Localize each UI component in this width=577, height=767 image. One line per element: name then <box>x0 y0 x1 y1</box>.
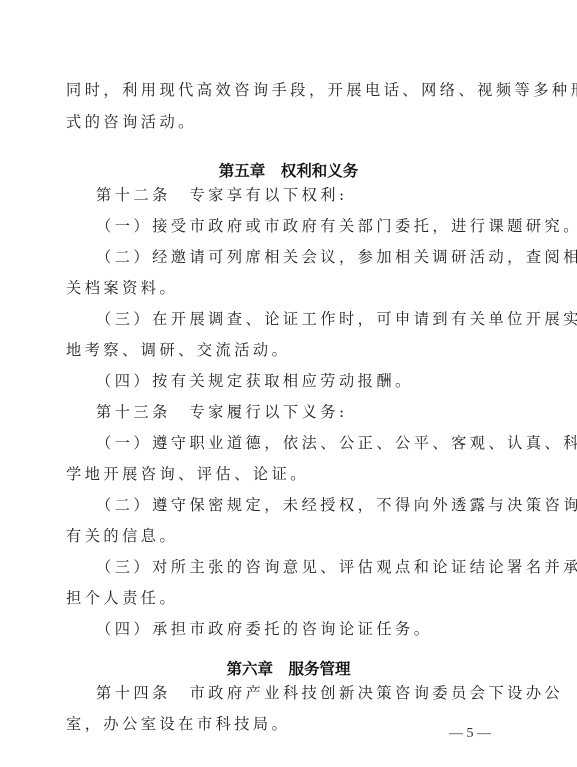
chapter-5-title: 第五章 权利和义务 <box>0 161 577 181</box>
article-13-item-1-cont: 学地开展咨询、评估、论证。 <box>66 464 508 484</box>
article-12-item-3-cont: 地考察、调研、交流活动。 <box>66 340 508 360</box>
article-12-item-2-cont: 关档案资料。 <box>66 278 508 298</box>
article-13-heading: 第十三条 专家履行以下义务: <box>96 402 508 422</box>
paragraph-line: 式的咨询活动。 <box>66 112 508 132</box>
article-12-item-4: （四）按有关规定获取相应劳动报酬。 <box>96 371 508 391</box>
article-12-item-1: （一）接受市政府或市政府有关部门委托，进行课题研究。 <box>96 216 508 236</box>
page-number: — 5 — <box>440 726 500 742</box>
article-13-item-4: （四）承担市政府委托的咨询论证任务。 <box>96 619 508 639</box>
article-12-item-3: （三）在开展调查、论证工作时，可申请到有关单位开展实 <box>96 309 508 329</box>
article-13-item-2: （二）遵守保密规定，未经授权，不得向外透露与决策咨询 <box>96 495 508 515</box>
article-13-item-3: （三）对所主张的咨询意见、评估观点和论证结论署名并承 <box>96 557 508 577</box>
article-13-item-1: （一）遵守职业道德，依法、公正、公平、客观、认真、科 <box>96 433 508 453</box>
chapter-6-title: 第六章 服务管理 <box>0 659 577 679</box>
paragraph-line: 同时，利用现代高效咨询手段，开展电话、网络、视频等多种形 <box>66 80 508 100</box>
article-14-line: 第十四条 市政府产业科技创新决策咨询委员会下设办公 <box>96 683 508 703</box>
article-12-heading: 第十二条 专家享有以下权利: <box>96 185 508 205</box>
article-12-item-2: （二）经邀请可列席相关会议，参加相关调研活动，查阅相 <box>96 247 508 267</box>
document-page: 同时，利用现代高效咨询手段，开展电话、网络、视频等多种形 式的咨询活动。 第五章… <box>0 0 577 767</box>
article-13-item-2-cont: 有关的信息。 <box>66 526 508 546</box>
article-13-item-3-cont: 担个人责任。 <box>66 588 508 608</box>
